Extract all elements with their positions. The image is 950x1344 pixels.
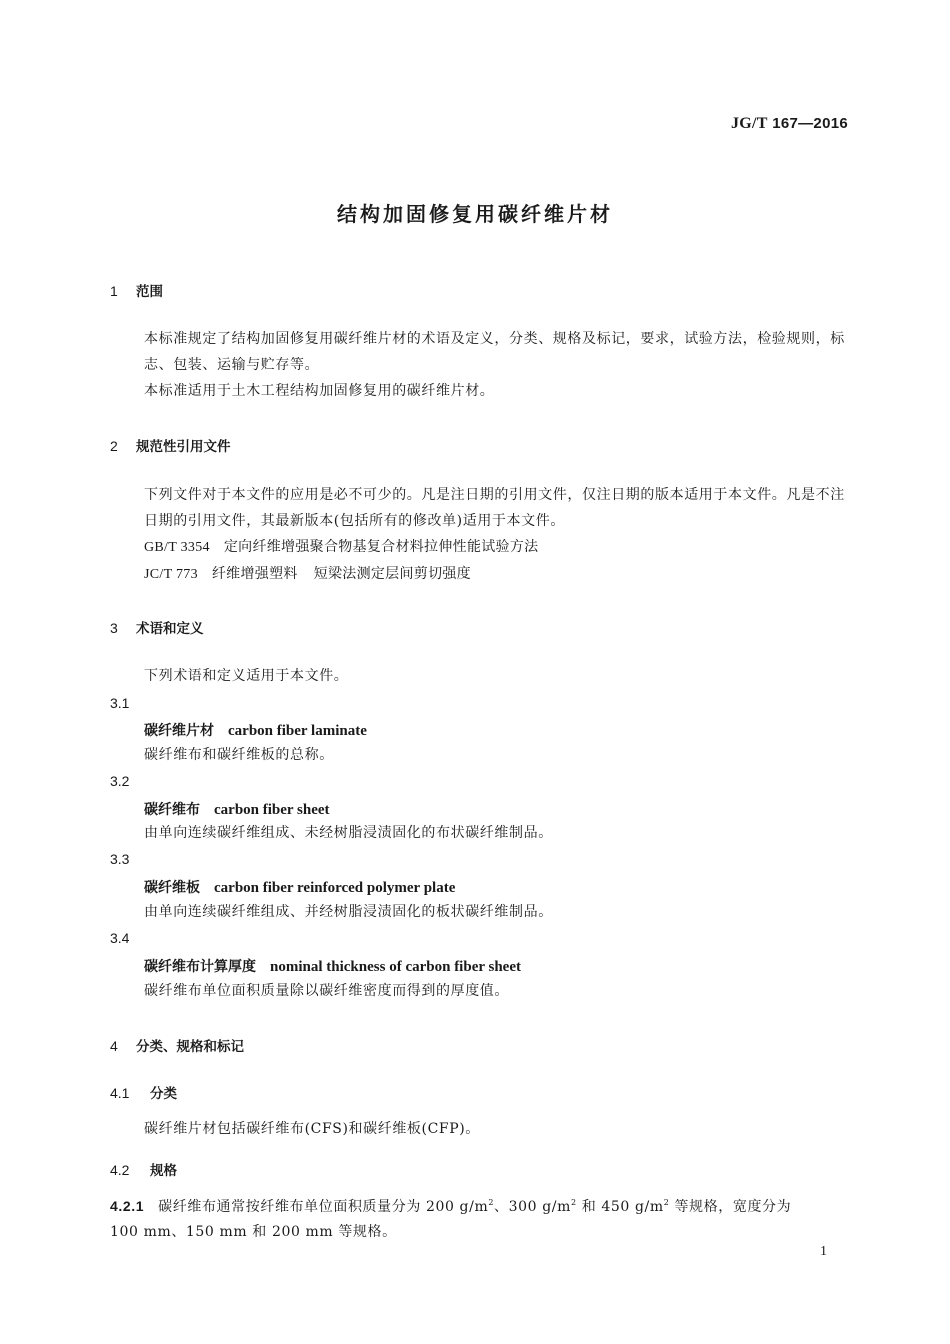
term-en: carbon fiber laminate — [228, 723, 367, 739]
section-1-heading: 1范围 — [110, 280, 163, 300]
term-3-2: 碳纤维布carbon fiber sheet — [144, 799, 330, 819]
term-en: carbon fiber sheet — [214, 802, 330, 818]
term-zh: 碳纤维布 — [144, 802, 200, 818]
term-3-4-definition: 碳纤维布单位面积质量除以碳纤维密度而得到的厚度值。 — [144, 978, 509, 1004]
term-3-3: 碳纤维板carbon fiber reinforced polymer plat… — [144, 877, 455, 897]
term-zh: 碳纤维布计算厚度 — [144, 959, 256, 975]
section-number: 4.2 — [110, 1162, 150, 1178]
document-title: 结构加固修复用碳纤维片材 — [0, 198, 950, 227]
clause-text: 和 450 g/m — [577, 1199, 664, 1215]
section-1-paragraph-2: 本标准适用于土木工程结构加固修复用的碳纤维片材。 — [144, 378, 494, 404]
term-3-4: 碳纤维布计算厚度nominal thickness of carbon fibe… — [144, 956, 521, 976]
term-3-1-number: 3.1 — [110, 695, 129, 711]
section-3-intro: 下列术语和定义适用于本文件。 — [144, 663, 348, 689]
section-4-1-heading: 4.1分类 — [110, 1082, 177, 1102]
paragraph-text: 下列文件对于本文件的应用是必不可少的。凡是注日期的引用文件，仅注日期的版本适用于… — [110, 482, 850, 534]
reference-title: 纤维增强塑料 — [212, 566, 298, 582]
clause-number: 4.2.1 — [110, 1198, 144, 1214]
section-3-heading: 3术语和定义 — [110, 617, 204, 637]
term-3-4-number: 3.4 — [110, 930, 129, 946]
reference-code: JC/T 773 — [144, 562, 198, 588]
term-3-2-number: 3.2 — [110, 773, 129, 789]
term-3-3-definition: 由单向连续碳纤维组成、并经树脂浸渍固化的板状碳纤维制品。 — [144, 899, 553, 925]
clause-4-2-1: 4.2.1碳纤维布通常按纤维布单位面积质量分为 200 g/m2、300 g/m… — [110, 1190, 791, 1220]
reference-subtitle: 短梁法测定层间剪切强度 — [314, 566, 471, 582]
section-number: 2 — [110, 438, 136, 454]
clause-text: 等规格，宽度分为 — [669, 1199, 791, 1215]
standard-code-prefix: JG/T — [731, 115, 768, 132]
term-3-3-number: 3.3 — [110, 851, 129, 867]
clause-4-2-1-line-2: 100 mm、150 mm 和 200 mm 等规格。 — [110, 1219, 397, 1245]
term-3-2-definition: 由单向连续碳纤维组成、未经树脂浸渍固化的布状碳纤维制品。 — [144, 820, 553, 846]
term-3-1: 碳纤维片材carbon fiber laminate — [144, 720, 367, 740]
reference-gbt-3354: GB/T 3354定向纤维增强聚合物基复合材料拉伸性能试验方法 — [144, 534, 538, 561]
section-number: 4.1 — [110, 1085, 150, 1101]
term-zh: 碳纤维板 — [144, 880, 200, 896]
section-number: 4 — [110, 1038, 136, 1054]
reference-jct-773: JC/T 773纤维增强塑料短梁法测定层间剪切强度 — [144, 561, 471, 588]
term-en: carbon fiber reinforced polymer plate — [214, 880, 455, 896]
clause-text: 、300 g/m — [494, 1199, 571, 1215]
section-title: 规范性引用文件 — [136, 439, 231, 455]
reference-code: GB/T 3354 — [144, 535, 210, 561]
standard-code: JG/T 167—2016 — [731, 115, 848, 133]
section-title: 术语和定义 — [136, 621, 204, 637]
section-2-heading: 2规范性引用文件 — [110, 435, 231, 455]
standard-code-number: 167—2016 — [772, 115, 848, 132]
term-3-1-definition: 碳纤维布和碳纤维板的总称。 — [144, 742, 334, 768]
clause-text: 碳纤维布通常按纤维布单位面积质量分为 200 g/m — [158, 1199, 488, 1215]
section-title: 分类、规格和标记 — [136, 1039, 244, 1055]
section-title: 分类 — [150, 1086, 177, 1102]
section-number: 3 — [110, 620, 136, 636]
section-title: 范围 — [136, 284, 163, 300]
section-4-heading: 4分类、规格和标记 — [110, 1035, 244, 1055]
section-2-paragraph-1: 下列文件对于本文件的应用是必不可少的。凡是注日期的引用文件，仅注日期的版本适用于… — [110, 482, 850, 534]
page-number: 1 — [820, 1244, 827, 1260]
term-zh: 碳纤维片材 — [144, 723, 214, 739]
reference-title: 定向纤维增强聚合物基复合材料拉伸性能试验方法 — [224, 539, 539, 555]
term-en: nominal thickness of carbon fiber sheet — [270, 959, 521, 975]
paragraph-text: 本标准规定了结构加固修复用碳纤维片材的术语及定义，分类、规格及标记，要求，试验方… — [110, 326, 850, 378]
section-4-1-text: 碳纤维片材包括碳纤维布(CFS)和碳纤维板(CFP)。 — [144, 1116, 480, 1142]
section-4-2-heading: 4.2规格 — [110, 1159, 177, 1179]
section-title: 规格 — [150, 1163, 177, 1179]
section-1-paragraph-1: 本标准规定了结构加固修复用碳纤维片材的术语及定义，分类、规格及标记，要求，试验方… — [110, 326, 850, 378]
section-number: 1 — [110, 283, 136, 299]
